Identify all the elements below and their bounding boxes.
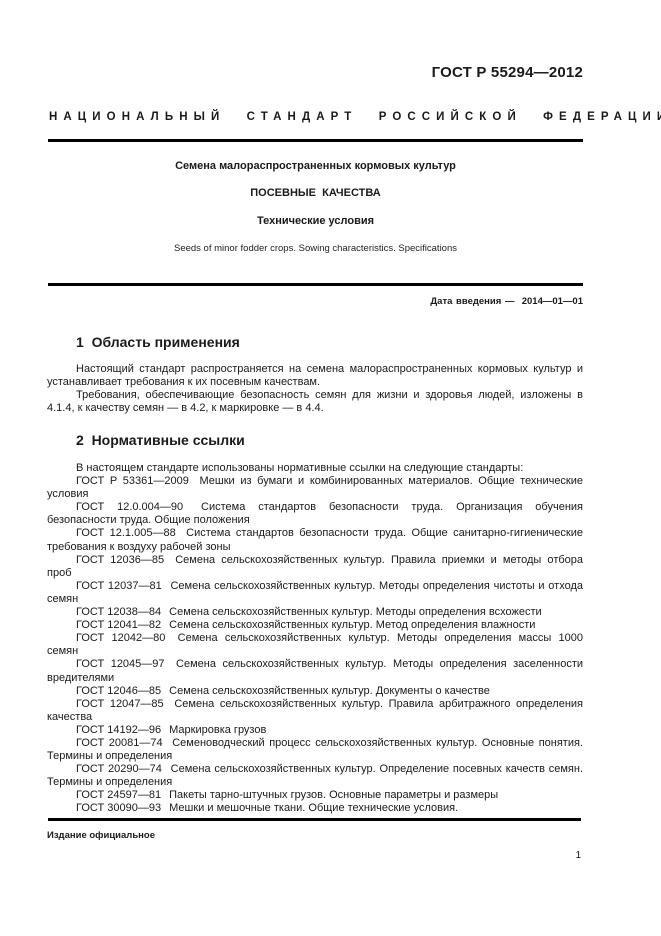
section-2-body: В настоящем стандарте использованы норма… [47,462,583,816]
document-code: ГОСТ Р 55294—2012 [432,64,583,81]
section-1-paragraph: Требования, обеспечивающие безопасность … [47,389,583,415]
reference-code: ГОСТ 30090—93 [76,802,161,814]
title-divider [48,283,583,286]
section-1-body: Настоящий стандарт распространяется на с… [47,363,583,415]
national-standard-banner: НАЦИОНАЛЬНЫЙ СТАНДАРТ РОССИЙСКОЙ ФЕДЕРАЦ… [49,111,661,123]
reference-code: ГОСТ 12038—84 [76,606,161,618]
reference-title: Семена сельскохозяйственных культур. Мет… [169,606,542,618]
reference-code: ГОСТ 12.1.005—88 [76,527,176,539]
reference-item: ГОСТ 20081—74 Семеноводческий процесс се… [47,737,583,763]
reference-title: Маркировка грузов [169,724,266,736]
reference-item: ГОСТ 14192—96 Маркировка грузов [47,724,583,737]
english-title: Seeds of minor fodder crops. Sowing char… [48,243,583,254]
reference-item: ГОСТ 12047—85 Семена сельскохозяйственны… [47,698,583,724]
reference-item: ГОСТ 20290—74 Семена сельскохозяйственны… [47,763,583,789]
reference-item: ГОСТ 12041—82 Семена сельскохозяйственны… [47,619,583,632]
section-2-heading: 2 Нормативные ссылки [76,432,245,448]
official-edition-label: Издание официальное [47,830,155,841]
references-intro: В настоящем стандарте использованы норма… [47,462,583,475]
section-1-heading: 1 Область применения [76,334,240,350]
reference-title: Семена сельскохозяйственных культур. Мет… [169,619,535,631]
reference-code: ГОСТ 24597—81 [76,789,161,801]
top-divider [48,139,583,142]
reference-code: ГОСТ 20290—74 [76,763,162,775]
reference-item: ГОСТ 12037—81 Семена сельскохозяйственны… [47,580,583,606]
document-subtitle-specifications: Технические условия [48,215,583,227]
reference-code: ГОСТ 12.0.004—90 [76,501,183,513]
page-number: 1 [575,850,581,861]
reference-item: ГОСТ 12.0.004—90 Система стандартов безо… [47,501,583,527]
reference-code: ГОСТ 12046—85 [76,685,161,697]
document-subtitle: ПОСЕВНЫЕ КАЧЕСТВА [48,187,583,199]
reference-code: ГОСТ 20081—74 [76,737,163,749]
reference-code: ГОСТ 12045—97 [76,658,165,670]
reference-item: ГОСТ 30090—93 Мешки и мешочные ткани. Об… [47,802,583,815]
reference-item: ГОСТ 24597—81 Пакеты тарно-штучных грузо… [47,789,583,802]
reference-code: ГОСТ 12042—80 [76,632,165,644]
reference-code: ГОСТ Р 53361—2009 [76,475,189,487]
reference-list: ГОСТ Р 53361—2009 Мешки из бумаги и комб… [47,475,583,815]
introduction-date: Дата введения — 2014—01—01 [430,296,583,307]
reference-item: ГОСТ 12038—84 Семена сельскохозяйственны… [47,606,583,619]
reference-code: ГОСТ 12036—85 [76,554,164,566]
reference-item: ГОСТ 12.1.005—88 Система стандартов безо… [47,527,583,553]
reference-title: Семена сельскохозяйственных культур. Док… [169,685,490,697]
reference-item: ГОСТ 12045—97 Семена сельскохозяйственны… [47,658,583,684]
reference-code: ГОСТ 14192—96 [76,724,161,736]
reference-item: ГОСТ 12046—85 Семена сельскохозяйственны… [47,685,583,698]
reference-item: ГОСТ Р 53361—2009 Мешки из бумаги и комб… [47,475,583,501]
reference-title: Пакеты тарно-штучных грузов. Основные па… [169,789,498,801]
reference-code: ГОСТ 12041—82 [76,619,161,631]
footer-divider [48,818,581,821]
section-1-paragraph: Настоящий стандарт распространяется на с… [47,363,583,389]
reference-item: ГОСТ 12042—80 Семена сельскохозяйственны… [47,632,583,658]
document-title: Семена малораспространенных кормовых кул… [48,160,583,172]
reference-code: ГОСТ 12037—81 [76,580,162,592]
reference-title: Мешки и мешочные ткани. Общие технически… [169,802,458,814]
reference-code: ГОСТ 12047—85 [76,698,164,710]
reference-item: ГОСТ 12036—85 Семена сельскохозяйственны… [47,554,583,580]
